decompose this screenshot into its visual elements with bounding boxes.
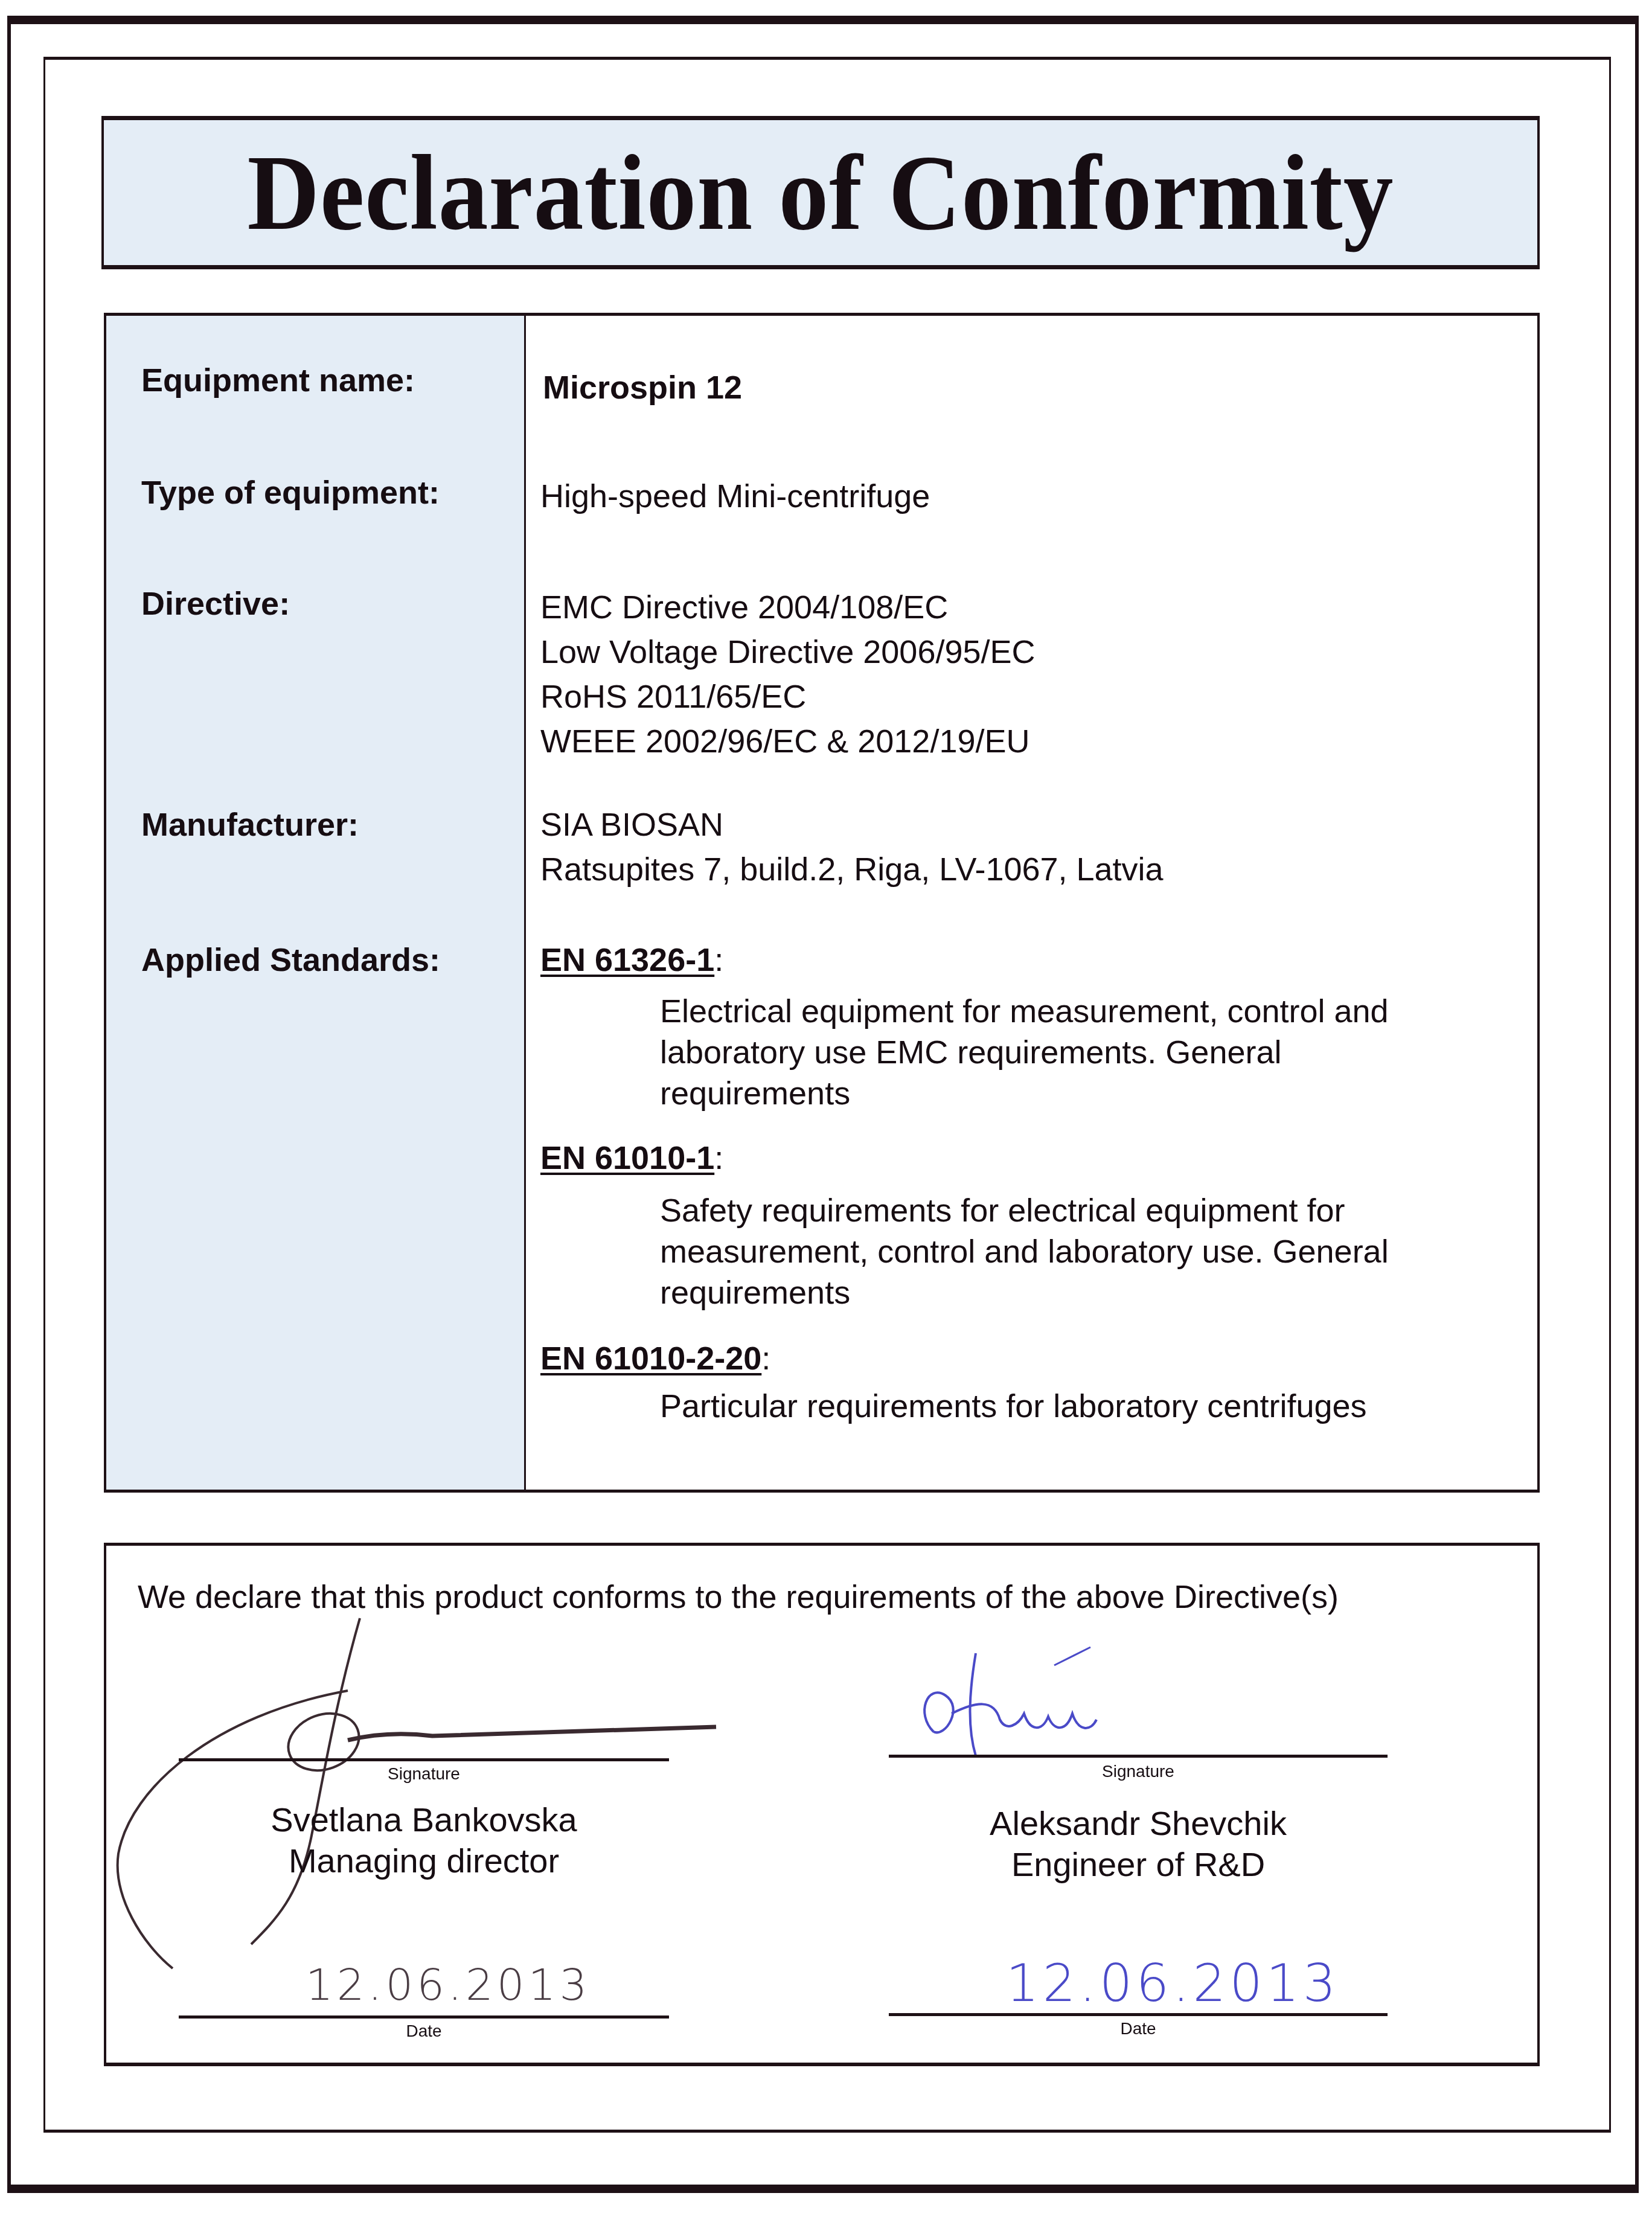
directive-item: Low Voltage Directive 2006/95/EC: [540, 630, 1036, 674]
date-line-left: [179, 2015, 669, 2019]
directive-item: RoHS 2011/65/EC: [540, 674, 1036, 719]
directive-item: WEEE 2002/96/EC & 2012/19/EU: [540, 719, 1036, 764]
signatory-position-right: Engineer of R&D: [889, 1844, 1388, 1885]
value-column: Microspin 12 High-speed Mini-centrifuge …: [526, 316, 1537, 1490]
equipment-name-value: Microspin 12: [543, 365, 742, 410]
label-column: Equipment name: Type of equipment: Direc…: [106, 316, 526, 1490]
date-label-right: Date: [889, 2019, 1388, 2038]
standard-description-2: Safety requirements for electrical equip…: [660, 1190, 1505, 1313]
signatory-left: Svetlana Bankovska Managing director: [179, 1799, 669, 1881]
signatory-right: Aleksandr Shevchik Engineer of R&D: [889, 1803, 1388, 1885]
standard-description-1: Electrical equipment for measurement, co…: [660, 991, 1505, 1114]
signature-label-left: Signature: [179, 1764, 669, 1784]
declaration-box: We declare that this product conforms to…: [104, 1543, 1540, 2066]
standard-code-2: EN 61010-1:: [540, 1136, 723, 1180]
equipment-info-table: Equipment name: Type of equipment: Direc…: [104, 313, 1540, 1493]
signature-line-right: [889, 1755, 1388, 1758]
handwritten-date-right: 12.06.2013: [1006, 1953, 1339, 2014]
manufacturer-name: SIA BIOSAN: [540, 802, 1164, 847]
signatory-name-left: Svetlana Bankovska: [179, 1799, 669, 1840]
applied-standards-label: Applied Standards:: [141, 941, 440, 979]
document-title: Declaration of Conformity: [248, 130, 1394, 255]
manufacturer-address: Ratsupites 7, build.2, Riga, LV-1067, La…: [540, 847, 1164, 892]
manufacturer-block: SIA BIOSAN Ratsupites 7, build.2, Riga, …: [540, 802, 1164, 892]
date-line-right: [889, 2013, 1388, 2016]
signature-line-left: [179, 1758, 669, 1761]
type-of-equipment-label: Type of equipment:: [141, 474, 440, 511]
manufacturer-label: Manufacturer:: [141, 806, 359, 844]
type-of-equipment-value: High-speed Mini-centrifuge: [540, 474, 930, 519]
title-banner: Declaration of Conformity: [101, 116, 1540, 269]
signatory-position-left: Managing director: [179, 1840, 669, 1881]
standard-code-1: EN 61326-1:: [540, 938, 723, 982]
handwritten-date-left: 12.06.2013: [306, 1959, 591, 2010]
signature-label-right: Signature: [889, 1762, 1388, 1781]
directive-item: EMC Directive 2004/108/EC: [540, 585, 1036, 630]
equipment-name-label: Equipment name:: [141, 362, 415, 399]
standard-code-3: EN 61010-2-20:: [540, 1336, 770, 1381]
standard-description-3: Particular requirements for laboratory c…: [660, 1386, 1505, 1427]
directive-list: EMC Directive 2004/108/EC Low Voltage Di…: [540, 585, 1036, 764]
directive-label: Directive:: [141, 585, 290, 623]
date-label-left: Date: [179, 2022, 669, 2041]
signatory-name-right: Aleksandr Shevchik: [889, 1803, 1388, 1844]
signature-right-icon: [909, 1641, 1163, 1762]
